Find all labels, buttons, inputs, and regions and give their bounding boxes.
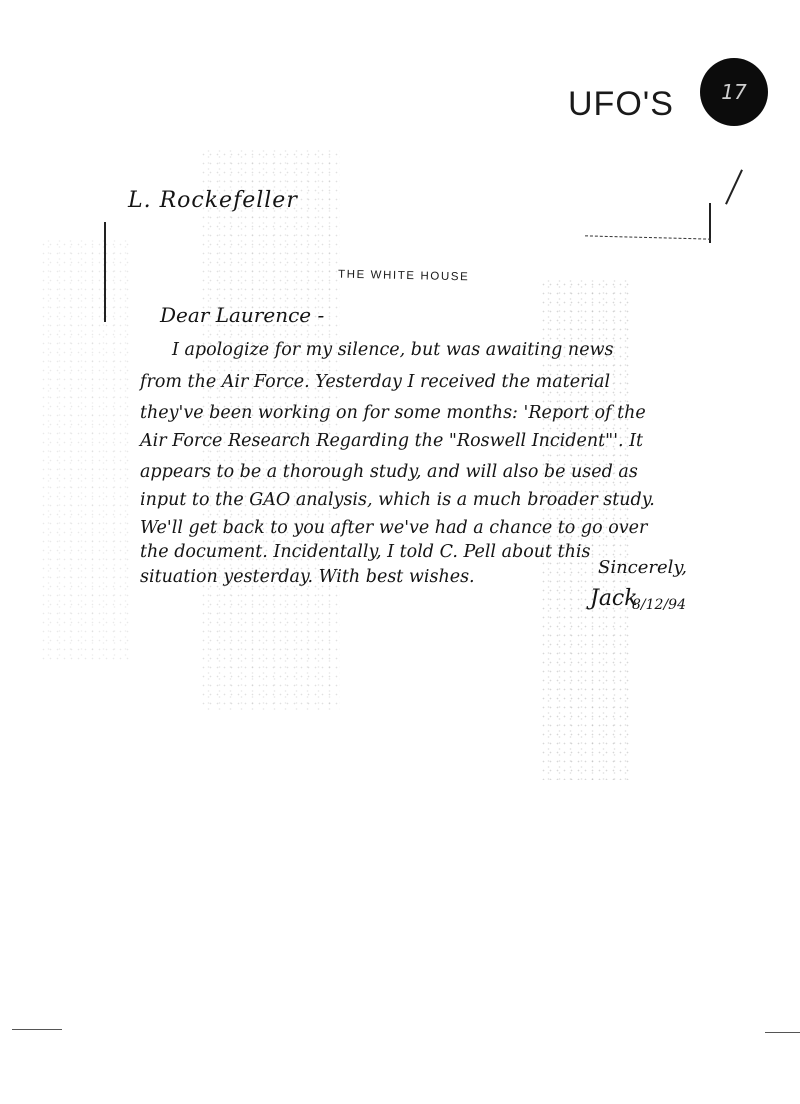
- page-number-circle: 17: [700, 58, 768, 126]
- body-line: situation yesterday. With best wishes.: [140, 567, 475, 587]
- scan-edge-mark-left: [12, 1029, 62, 1030]
- scan-noise-center: [200, 150, 340, 710]
- body-line: the document. Incidentally, I told C. Pe…: [140, 542, 591, 562]
- body-line: input to the GAO analysis, which is a mu…: [140, 490, 655, 510]
- margin-bracket-horizontal: [585, 235, 711, 240]
- ufo-stamp-label: UFO'S: [568, 85, 674, 124]
- scan-noise-left: [40, 240, 130, 660]
- letterhead: THE WHITE HOUSE: [338, 269, 470, 284]
- body-line: We'll get back to you after we've had a …: [140, 518, 647, 538]
- page-number: 17: [721, 80, 746, 104]
- closing: Sincerely,: [598, 557, 687, 578]
- body-line: Air Force Research Regarding the "Roswel…: [140, 431, 643, 451]
- margin-bracket-vertical: [709, 203, 711, 243]
- body-line: they've been working on for some months:…: [140, 403, 646, 423]
- body-line: appears to be a thorough study, and will…: [140, 462, 638, 482]
- signature: Jack: [590, 586, 638, 611]
- left-margin-line: [104, 222, 106, 322]
- body-line: from the Air Force. Yesterday I received…: [140, 372, 610, 392]
- body-line: I apologize for my silence, but was awai…: [172, 340, 614, 360]
- recipient-name: L. Rockefeller: [128, 188, 298, 213]
- scan-edge-mark-right: [765, 1032, 800, 1033]
- letter-date: 8/12/94: [632, 597, 686, 613]
- margin-bracket-stroke: [725, 169, 743, 204]
- salutation: Dear Laurence -: [160, 303, 324, 327]
